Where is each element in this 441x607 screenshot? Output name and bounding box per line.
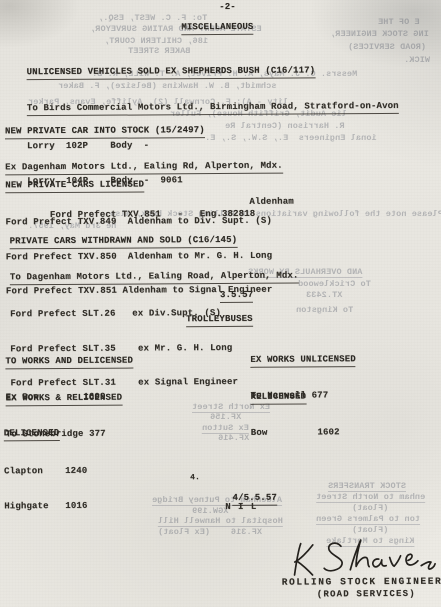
section-heading: NEW PRIVATE CARS LICENSED [5, 179, 144, 193]
block-heading: RELICENSED [251, 391, 307, 404]
block-heading: DELICENSED [4, 428, 60, 441]
block-delicensed: DELICENSED Clapton 1240 Highgate 1016 [4, 405, 88, 536]
date-overtype: 4. [190, 472, 200, 484]
page-number: -2- [219, 2, 236, 14]
section-heading: PRIVATE CARS WITHDRAWN AND SOLD (C16/145… [10, 235, 238, 249]
trolleybuses-title: TROLLEYBUSES [186, 314, 253, 327]
movement-row: Clapton 1240 [4, 466, 87, 478]
section-heading: UNLICENSED VEHICLES SOLD EX SHEPHERDS BU… [27, 65, 316, 80]
section-date: 3.5.57 [220, 290, 253, 303]
buyer-line: To Dagenham Motors Ltd., Ealing Road, Al… [10, 271, 299, 286]
signatory-role: ROLLING STOCK ENGINEER [282, 576, 441, 588]
page-title: MISCELLANEOUS [181, 22, 253, 35]
block-relicensed: RELICENSED Bow 1602 [250, 368, 339, 462]
signatory-org: (ROAD SERVICES) [317, 589, 416, 601]
movement-row: Highgate 1016 [4, 500, 87, 512]
block-heading: EX WORKS UNLICENSED [250, 354, 356, 368]
block-heading: TO WORKS AND DELICENSED [5, 356, 133, 370]
scanned-memo-page: To: F. C. WEST, ESQ., ESTATE AGENT AND R… [0, 0, 441, 607]
section-heading: NEW PRIVATE CAR INTO STOCK (15/2497) [5, 125, 205, 139]
nil-entry: N I L [225, 502, 257, 514]
vehicle-row: Ford Prefect SLT.26 ex Div.Supt. (S) [10, 308, 299, 321]
movement-row: Bow 1602 [251, 427, 340, 439]
